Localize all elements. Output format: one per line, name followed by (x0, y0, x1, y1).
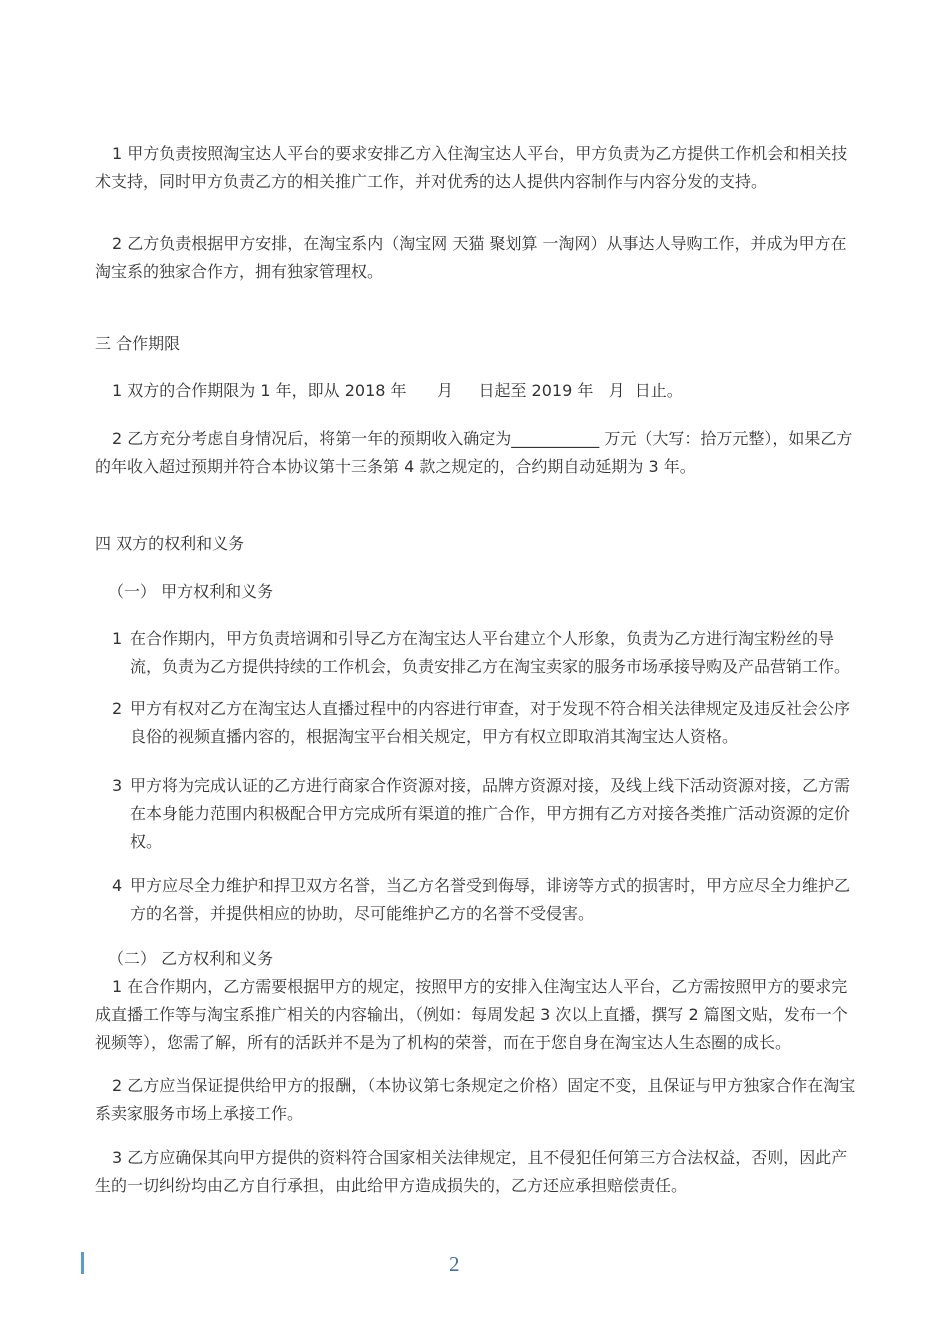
list-item-number: 4 (112, 872, 130, 928)
list-item-number: 1 (112, 625, 130, 681)
page-number: 2 (449, 1250, 460, 1278)
contract-paragraph: 3 乙方应确保其向甲方提供的资料符合国家相关法律规定，且不侵犯任何第三方合法权益… (95, 1144, 857, 1200)
list-item: 3 甲方将为完成认证的乙方进行商家合作资源对接，品牌方资源对接，及线上线下活动资… (95, 772, 857, 856)
contract-paragraph: 2 乙方负责根据甲方安排，在淘宝系内（淘宝网 天猫 聚划算 一淘网）从事达人导购… (95, 230, 857, 286)
contract-paragraph: 2 乙方充分考虑自身情况后，将第一年的预期收入确定为___________ 万元… (95, 425, 857, 481)
list-item: 1 在合作期内，甲方负责培调和引导乙方在淘宝达人平台建立个人形象，负责为乙方进行… (95, 625, 857, 681)
contract-paragraph: 1 甲方负责按照淘宝达人平台的要求安排乙方入住淘宝达人平台，甲方负责为乙方提供工… (95, 140, 857, 196)
text-cursor[interactable] (81, 1252, 84, 1274)
section-heading-cooperation-term: 三 合作期限 (95, 330, 857, 358)
list-item-text: 在合作期内，甲方负责培调和引导乙方在淘宝达人平台建立个人形象，负责为乙方进行淘宝… (130, 625, 857, 681)
list-item: 4 甲方应尽全力维护和捍卫双方名誉，当乙方名誉受到侮辱，诽谤等方式的损害时，甲方… (95, 872, 857, 928)
list-item-number: 2 (112, 695, 130, 751)
list-item: 2 甲方有权对乙方在淘宝达人直播过程中的内容进行审查，对于发现不符合相关法律规定… (95, 695, 857, 751)
subsection-heading-party-b: （二） 乙方权利和义务 (95, 945, 857, 973)
contract-paragraph: 2 乙方应当保证提供给甲方的报酬，（本协议第七条规定之价格）固定不变，且保证与甲… (95, 1072, 857, 1128)
subsection-heading-party-a: （一） 甲方权利和义务 (95, 578, 857, 606)
document-page: 1 甲方负责按照淘宝达人平台的要求安排乙方入住淘宝达人平台，甲方负责为乙方提供工… (0, 0, 950, 1344)
list-item-text: 甲方将为完成认证的乙方进行商家合作资源对接，品牌方资源对接，及线上线下活动资源对… (130, 772, 857, 856)
section-heading-rights-obligations: 四 双方的权利和义务 (95, 530, 857, 558)
contract-paragraph: 1 在合作期内，乙方需要根据甲方的规定，按照甲方的安排入住淘宝达人平台，乙方需按… (95, 973, 857, 1057)
list-item-text: 甲方应尽全力维护和捍卫双方名誉，当乙方名誉受到侮辱，诽谤等方式的损害时，甲方应尽… (130, 872, 857, 928)
list-item-text: 甲方有权对乙方在淘宝达人直播过程中的内容进行审查，对于发现不符合相关法律规定及违… (130, 695, 857, 751)
list-item-number: 3 (112, 772, 130, 856)
contract-paragraph: 1 双方的合作期限为 1 年，即从 2018 年 月 日起至 2019 年 月 … (95, 377, 857, 405)
contract-body: 1 甲方负责按照淘宝达人平台的要求安排乙方入住淘宝达人平台，甲方负责为乙方提供工… (95, 140, 857, 1200)
